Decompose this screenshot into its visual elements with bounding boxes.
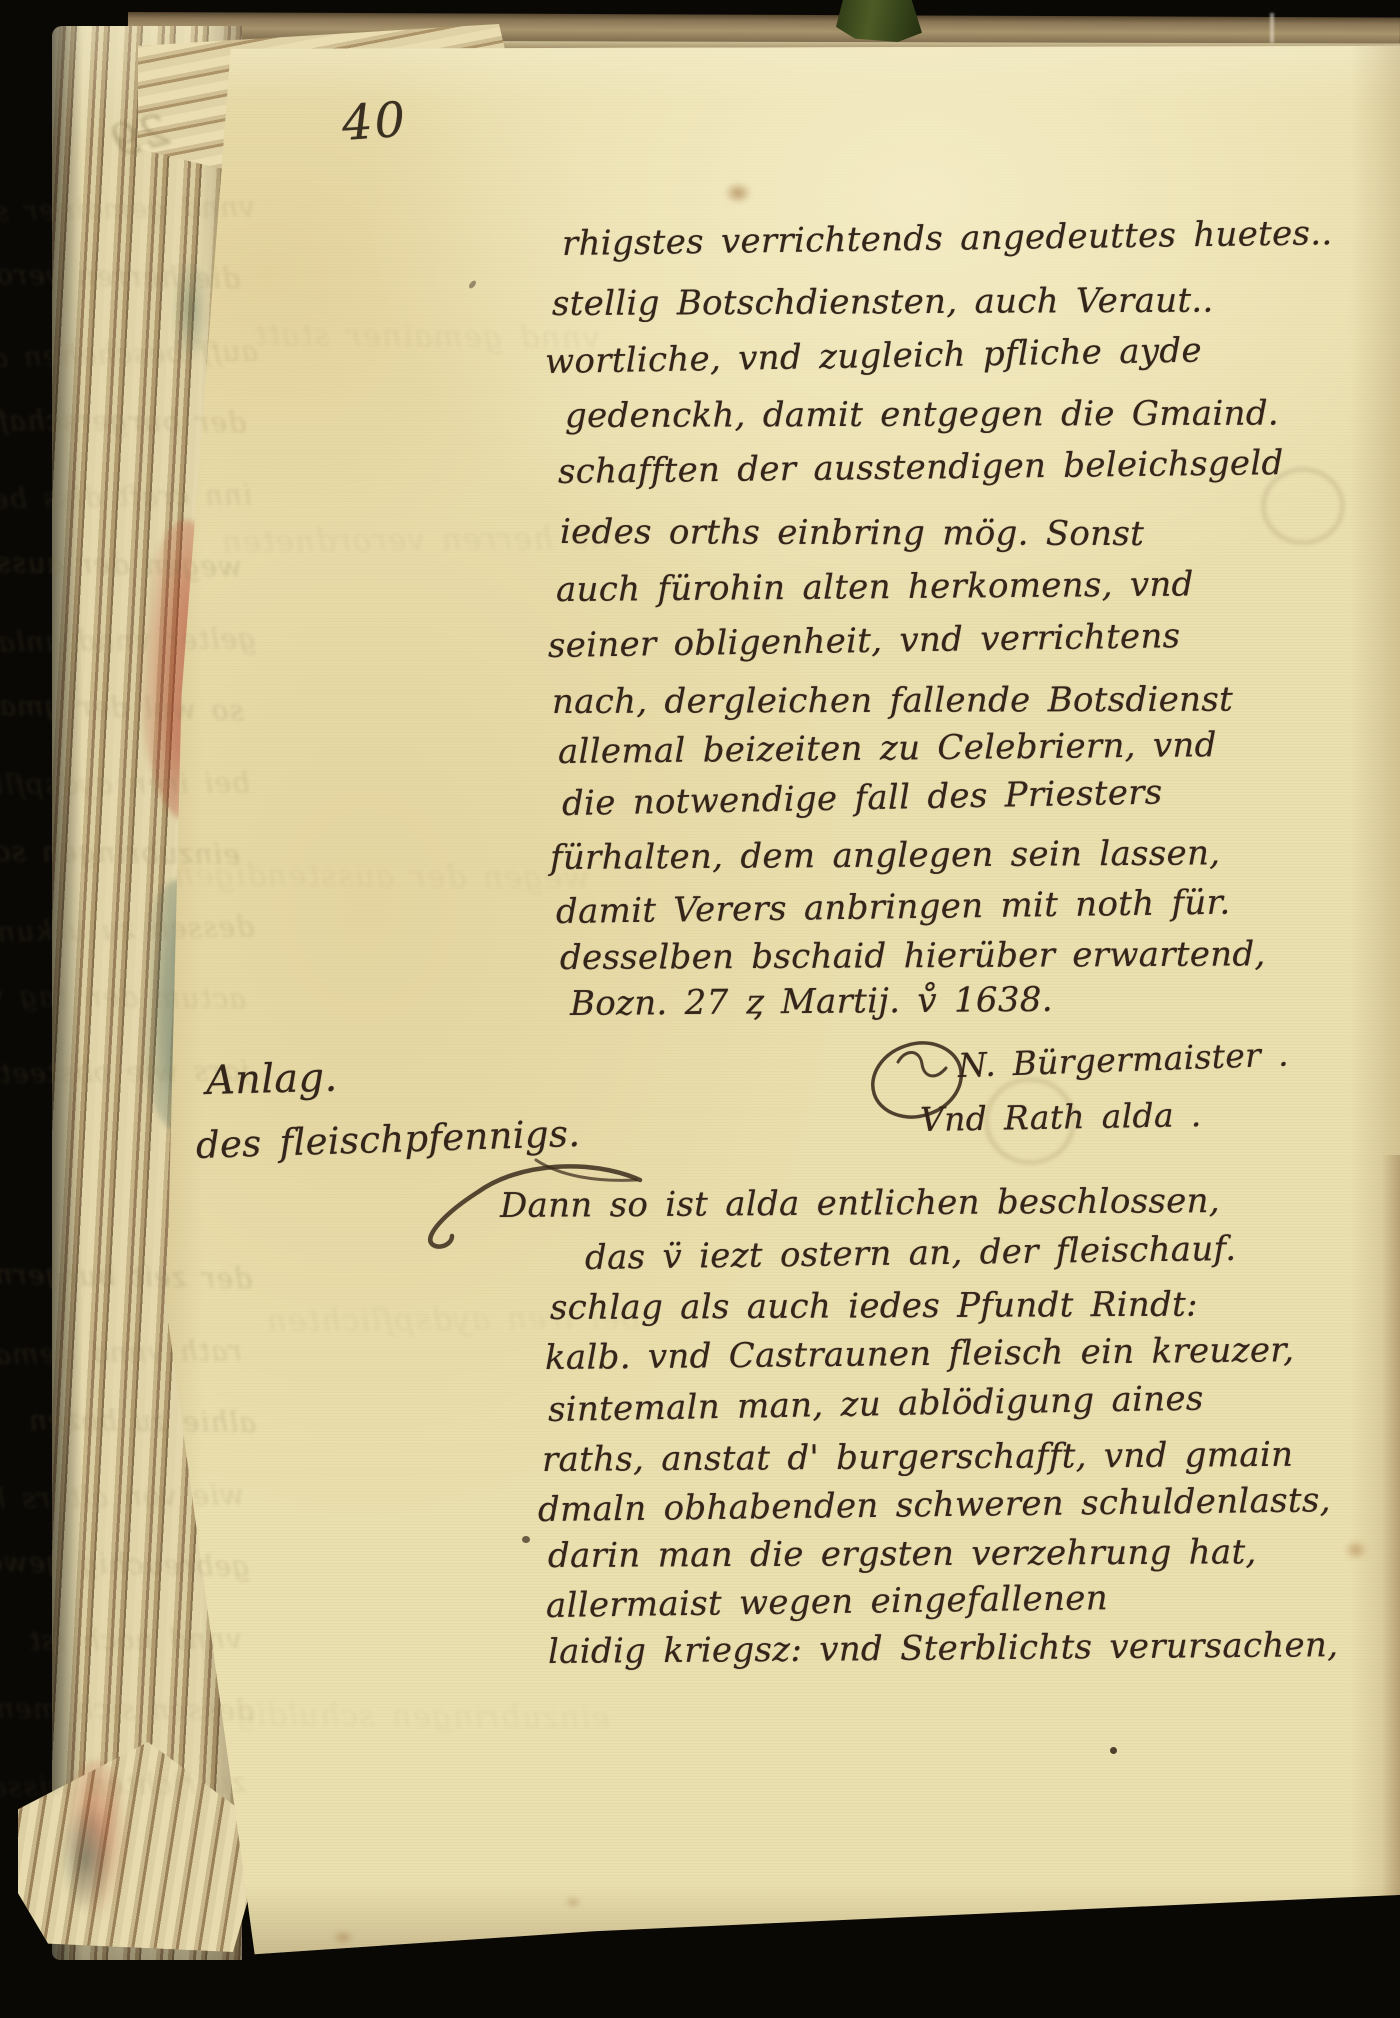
teal-edge-stain [58, 1798, 114, 1918]
bleedthrough-line: einzubringen schuldig [234, 1697, 610, 1736]
bleedthrough-line: rath vnnd gemaind [0, 1334, 242, 1372]
manuscript-line: allermaist wegen eingefallenen [546, 1578, 1108, 1626]
page-number: 40 [340, 92, 409, 152]
ink-fleck [1110, 1747, 1117, 1754]
bleedthrough-line: dessen zu urkundt [0, 910, 254, 949]
foxing-stain [564, 1896, 582, 1908]
bleedthrough-line: wegen der ausstendigen [173, 857, 590, 896]
manuscript-line: kalb. vnd Castraunen fleisch ein kreuzer… [545, 1330, 1295, 1378]
bleedthrough-line: die herren verordneten [0, 256, 240, 295]
manuscript-line: desselben bschaid hierüber erwartend, [560, 934, 1266, 978]
bleedthrough-line: so wol der gmainden [0, 687, 244, 727]
signature-line: Vnd Rath alda . [920, 1095, 1202, 1139]
bleedthrough-line: dessen sich meniglich [0, 1691, 254, 1727]
manuscript-line: gedenckh, damit entgegen die Gmaind. [565, 394, 1279, 436]
bleedthrough-line: der burgerschafft alhie [0, 403, 246, 439]
ink-fleck [522, 1536, 530, 1543]
bleedthrough-line: actum den tag vnnd [0, 979, 246, 1015]
bleedthrough-line: vnnd gemainer statt [0, 190, 255, 229]
manuscript-line: laidig kriegsz: vnd Sterblichts verursac… [548, 1625, 1339, 1672]
photograph-canvas: { "colors":{ "background":"#0a0805","pap… [0, 0, 1400, 2018]
manuscript-line: iedes orths einbring mög. Sonst [560, 512, 1144, 554]
bleedthrough-line: inn craft diss bevelchs [0, 478, 252, 517]
manuscript-line: nach, dergleichen fallende Botsdienst [552, 680, 1233, 722]
bleedthrough-line: gelter vnnd anlagen [0, 622, 256, 659]
foxing-stain [1344, 1540, 1368, 1560]
manuscript-line: stellig Botschdiensten, auch Veraut.. [552, 281, 1214, 324]
page-right-edge-shadow [1382, 1155, 1400, 1960]
bleedthrough-line: wie von alters heer [0, 1478, 244, 1516]
bleedthrough-line: wegen der ausstendigen [0, 543, 242, 583]
bleedthrough-line: alhie zu bozen [28, 1403, 256, 1439]
manuscript-line: schlag als auch iedes Pfundt Rindt: [550, 1285, 1198, 1328]
manuscript-line: darin man die ergsten verzehrung hat, [548, 1532, 1257, 1576]
manuscript-line: fürhalten, dem anglegen sein lassen, [550, 833, 1221, 878]
binding-highlight [1270, 13, 1274, 43]
manuscript-line: allemal beizeiten zu Celebriern, vnd [558, 725, 1217, 772]
manuscript-line: raths, anstat d' burgerschafft, vnd gmai… [542, 1435, 1294, 1480]
bleedthrough-line: bei iren aydspflichten [0, 766, 250, 802]
margin-note-line: Anlag. [205, 1055, 338, 1104]
date-line: Bozn. 27 ȥ Martij. v̊ 1638. [570, 980, 1053, 1024]
bleedthrough-line: der zeit burgermaister [0, 1256, 252, 1295]
foxing-stain [724, 182, 752, 204]
foxing-stain [332, 1930, 354, 1945]
bleedthrough-line: vnnd noch ist [28, 1622, 242, 1657]
bleedthrough-line: zu richten wissen [0, 1766, 246, 1804]
manuscript-line: auch fürohin alten herkomens, vnd [556, 564, 1194, 610]
bleedthrough-line: gebreuchig gewesen [0, 1544, 250, 1583]
manuscript-line: Dann so ist alda entlichen beschlossen, [500, 1181, 1220, 1226]
